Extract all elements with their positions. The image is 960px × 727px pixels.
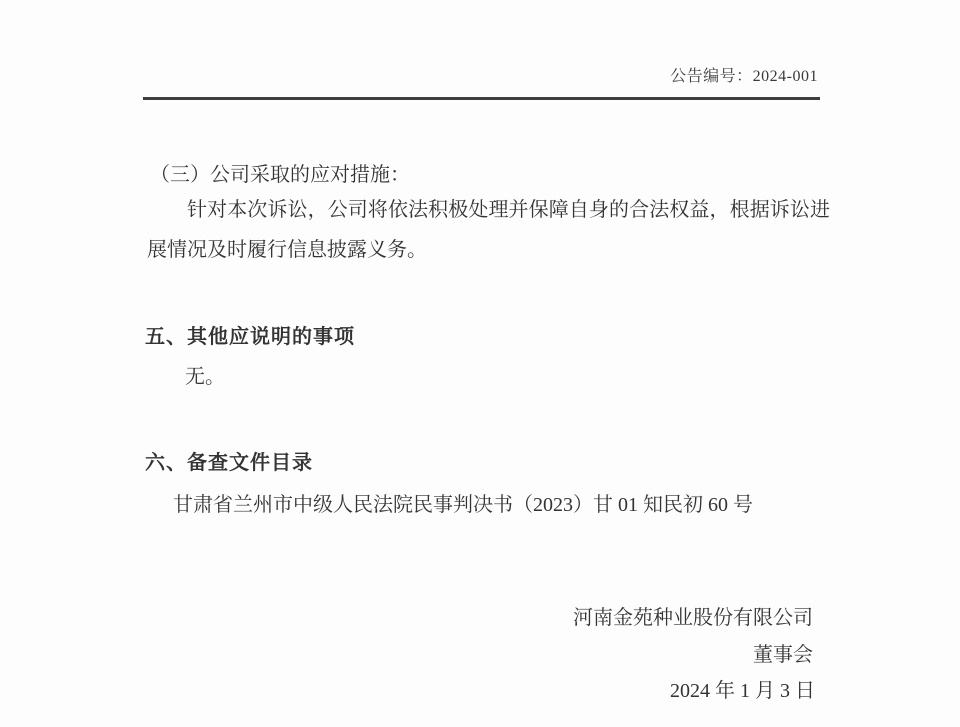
section-measures-paragraph: 针对本次诉讼，公司将依法积极处理并保障自身的合法权益，根据诉讼进展情况及时履行信… — [147, 190, 830, 270]
header-divider-rule — [143, 97, 820, 100]
section-other-matters-heading: 五、其他应说明的事项 — [145, 320, 355, 349]
document-page: 公告编号：2024-001 （三）公司采取的应对措施： 针对本次诉讼，公司将依法… — [0, 0, 960, 727]
signoff-date: 2024 年 1 月 3 日 — [670, 674, 815, 703]
section-reference-documents-heading: 六、备查文件目录 — [145, 446, 313, 475]
section-other-matters-content: 无。 — [185, 360, 225, 389]
signoff-board-of-directors: 董事会 — [753, 638, 813, 667]
signoff-company-name: 河南金苑种业股份有限公司 — [573, 601, 813, 630]
section-reference-documents-item: 甘肃省兰州市中级人民法院民事判决书（2023）甘 01 知民初 60 号 — [173, 488, 753, 517]
section-measures-heading: （三）公司采取的应对措施： — [150, 158, 410, 187]
announcement-number: 公告编号：2024-001 — [670, 63, 818, 86]
